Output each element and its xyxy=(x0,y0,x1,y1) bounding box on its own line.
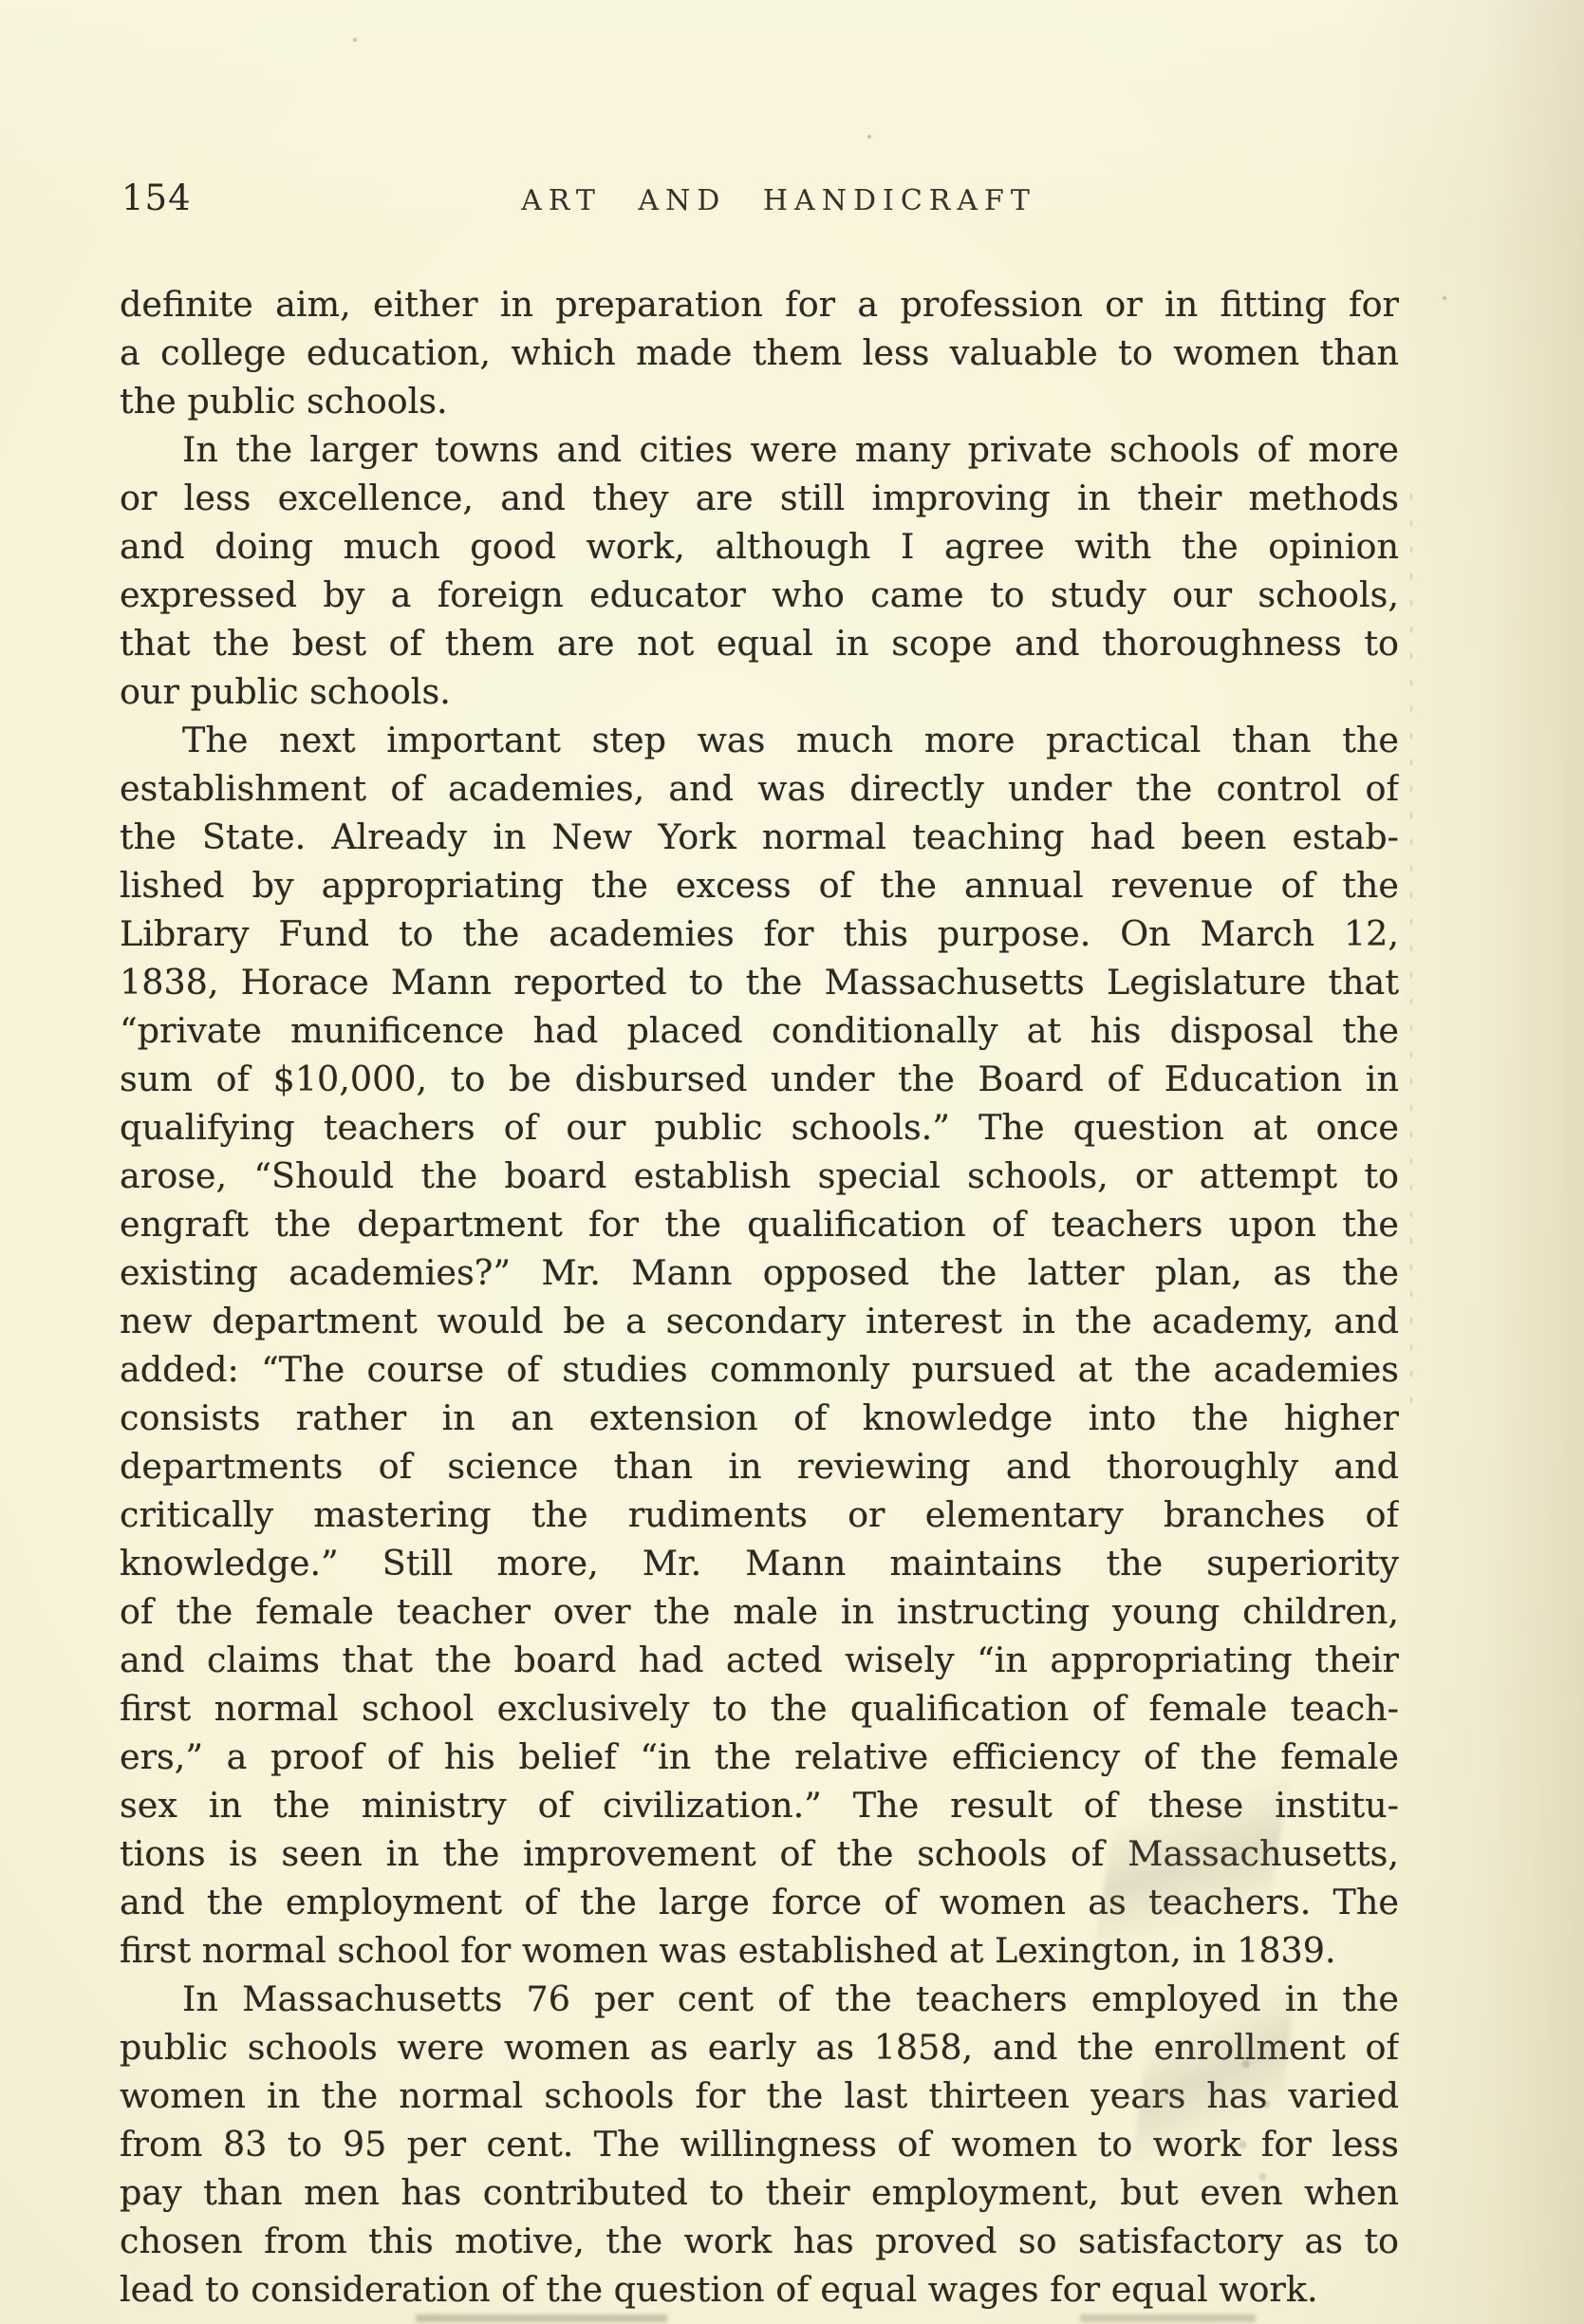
page-crease-artifact xyxy=(1410,494,1412,1424)
text-line: sex in the ministry of civilization.” Th… xyxy=(120,1781,1399,1829)
text-line: lead to consideration of the question of… xyxy=(120,2265,1399,2314)
text-line: establishment of academies, and was dire… xyxy=(120,764,1399,813)
text-line: departments of science than in reviewing… xyxy=(120,1442,1399,1490)
text-line: tions is seen in the improvement of the … xyxy=(120,1829,1399,1878)
text-line: or less excellence, and they are still i… xyxy=(120,474,1399,522)
text-line: expressed by a foreign educator who came… xyxy=(120,571,1399,619)
text-line: ers,” a proof of his belief “in the rela… xyxy=(120,1733,1399,1781)
text-line: pay than men has contributed to their em… xyxy=(120,2168,1399,2217)
text-line: and claims that the board had acted wise… xyxy=(120,1636,1399,1684)
text-line: new department would be a secondary inte… xyxy=(120,1297,1399,1345)
paper-speck xyxy=(867,135,871,139)
text-line: qualifying teachers of our public school… xyxy=(120,1103,1399,1152)
text-line: “private munificence had placed conditio… xyxy=(120,1006,1399,1055)
text-line: The next important step was much more pr… xyxy=(120,716,1399,764)
text-line: arose, “Should the board establish speci… xyxy=(120,1152,1399,1200)
text-line: consists rather in an extension of knowl… xyxy=(120,1394,1399,1442)
running-title: ART AND HANDICRAFT xyxy=(0,187,1571,216)
cut-off-text-artifact xyxy=(416,2315,667,2322)
text-line: engraft the department for the qualifica… xyxy=(120,1200,1399,1248)
text-line: public schools were women as early as 18… xyxy=(120,2023,1399,2071)
page-body: definite aim, either in preparation for … xyxy=(120,280,1399,2314)
text-line: women in the normal schools for the last… xyxy=(120,2071,1399,2120)
text-line: first normal school exclusively to the q… xyxy=(120,1684,1399,1733)
paper-speck xyxy=(1443,296,1446,300)
text-line: In the larger towns and cities were many… xyxy=(120,425,1399,474)
text-line: added: “The course of studies commonly p… xyxy=(120,1345,1399,1394)
text-line: a college education, which made them les… xyxy=(120,328,1399,377)
text-line: chosen from this motive, the work has pr… xyxy=(120,2217,1399,2265)
text-line: that the best of them are not equal in s… xyxy=(120,619,1399,667)
cut-off-text-artifact xyxy=(1080,2315,1256,2322)
text-line: lished by appropriating the excess of th… xyxy=(120,861,1399,909)
book-page: 154 ART AND HANDICRAFT definite aim, eit… xyxy=(0,0,1584,2324)
text-line: existing academies?” Mr. Mann opposed th… xyxy=(120,1248,1399,1297)
text-line: definite aim, either in preparation for … xyxy=(120,280,1399,328)
text-line: knowledge.” Still more, Mr. Mann maintai… xyxy=(120,1539,1399,1587)
text-line: sum of $10,000, to be disbursed under th… xyxy=(120,1055,1399,1103)
text-line: the State. Already in New York normal te… xyxy=(120,813,1399,861)
text-line: 1838, Horace Mann reported to the Massac… xyxy=(120,958,1399,1006)
text-line: first normal school for women was establ… xyxy=(120,1926,1399,1975)
text-line: from 83 to 95 per cent. The willingness … xyxy=(120,2120,1399,2168)
text-line: and doing much good work, although I agr… xyxy=(120,522,1399,571)
text-line: the public schools. xyxy=(120,377,1399,425)
text-line: and the employment of the large force of… xyxy=(120,1878,1399,1926)
paper-speck xyxy=(353,38,357,42)
text-line: Library Fund to the academies for this p… xyxy=(120,909,1399,958)
text-line: of the female teacher over the male in i… xyxy=(120,1587,1399,1636)
text-line: critically mastering the rudiments or el… xyxy=(120,1490,1399,1539)
text-line: In Massachusetts 76 per cent of the teac… xyxy=(120,1975,1399,2023)
text-line: our public schools. xyxy=(120,667,1399,716)
